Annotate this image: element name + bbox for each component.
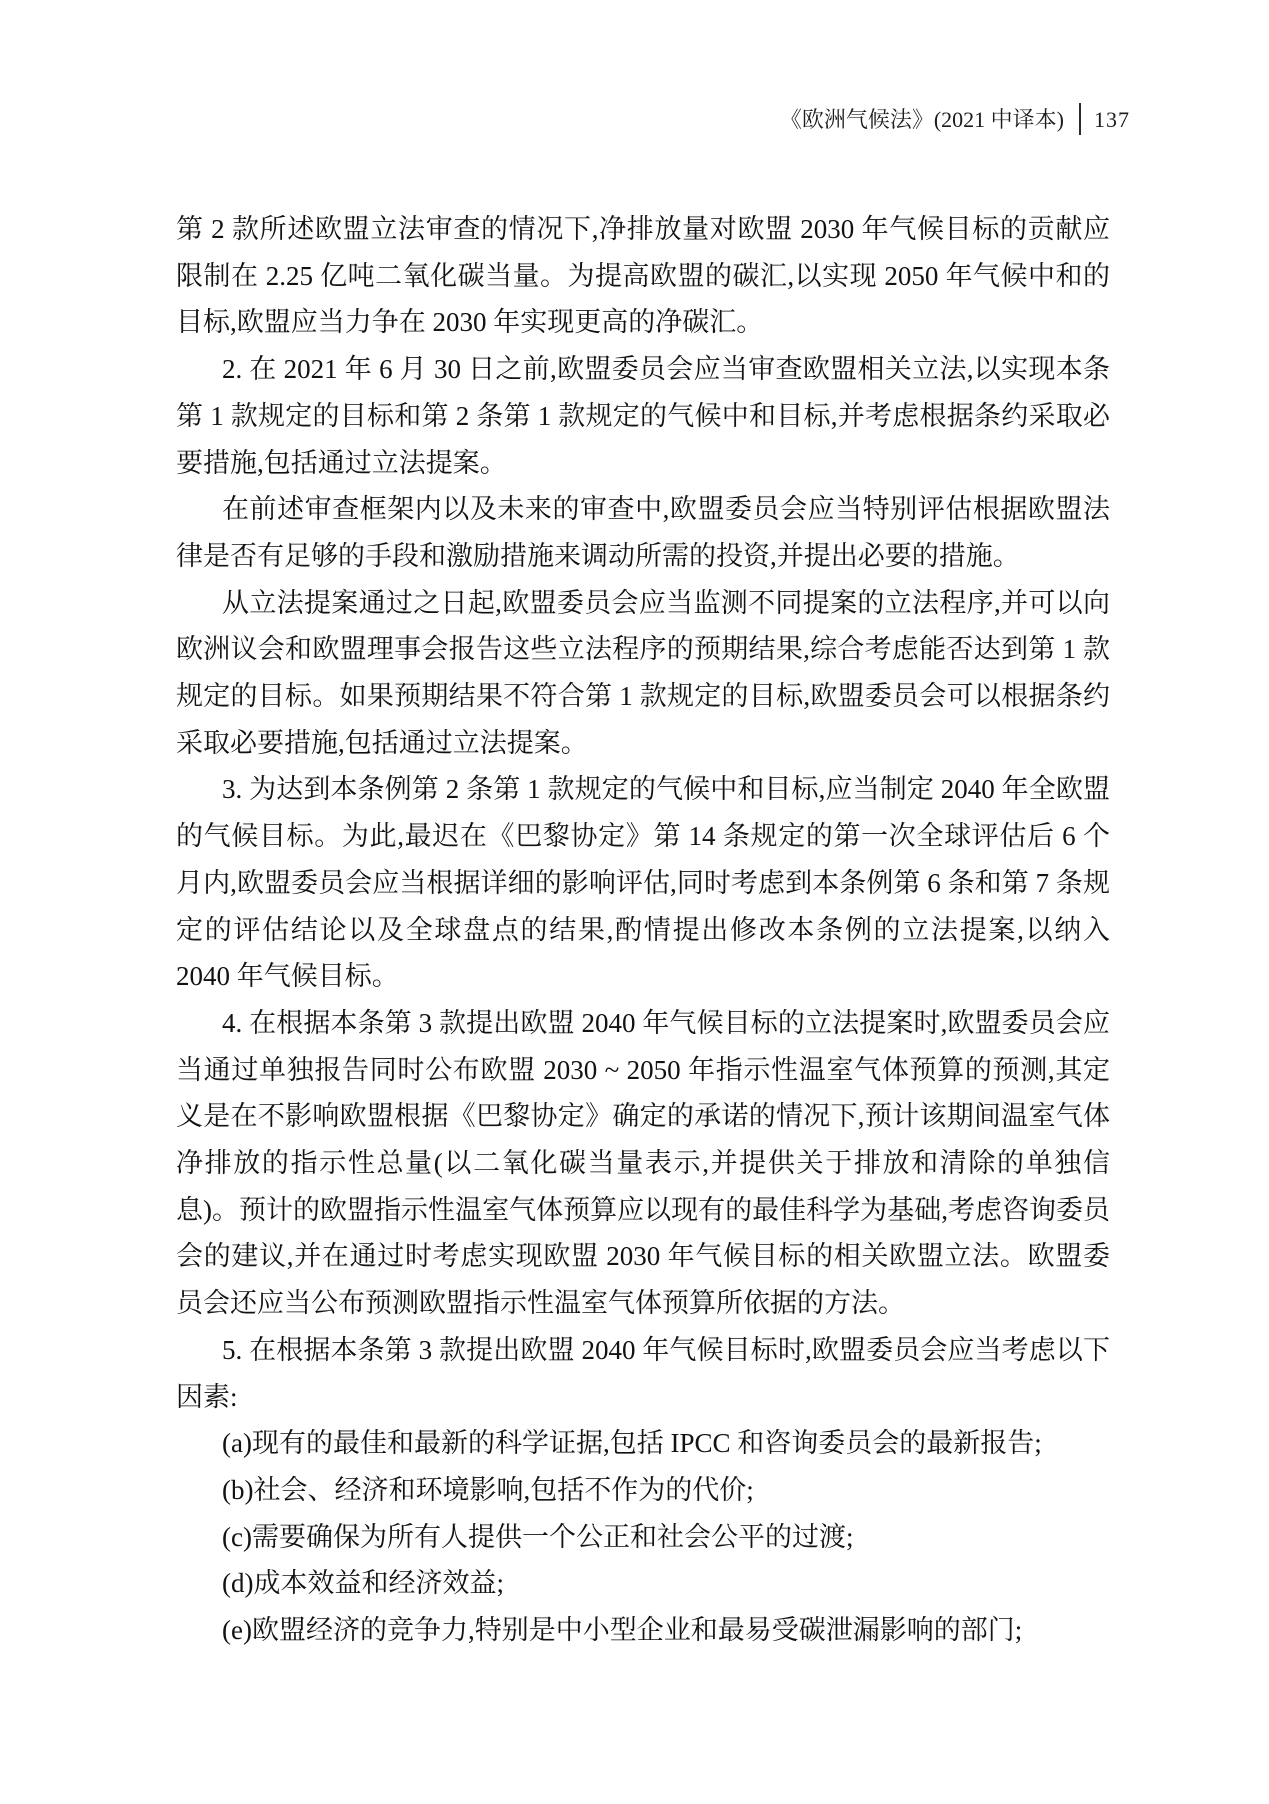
list-item-e: (e)欧盟经济的竞争力,特别是中小型企业和最易受碳泄漏影响的部门; (176, 1607, 1110, 1654)
header-divider (1079, 103, 1081, 135)
list-item-a: (a)现有的最佳和最新的科学证据,包括 IPCC 和咨询委员会的最新报告; (176, 1420, 1110, 1467)
running-header: 《欧洲气候法》(2021 中译本)137 (0, 102, 1130, 138)
book-page: 《欧洲气候法》(2021 中译本)137 第 2 款所述欧盟立法审查的情况下,净… (0, 0, 1269, 1804)
body-text: 第 2 款所述欧盟立法审查的情况下,净排放量对欧盟 2030 年气候目标的贡献应… (176, 206, 1110, 1654)
paragraph-clause-5: 5. 在根据本条第 3 款提出欧盟 2040 年气候目标时,欧盟委员会应当考虑以… (176, 1327, 1110, 1420)
paragraph-continuation: 第 2 款所述欧盟立法审查的情况下,净排放量对欧盟 2030 年气候目标的贡献应… (176, 206, 1110, 346)
paragraph-clause-2: 2. 在 2021 年 6 月 30 日之前,欧盟委员会应当审查欧盟相关立法,以… (176, 346, 1110, 486)
page-number: 137 (1094, 107, 1130, 132)
list-item-c: (c)需要确保为所有人提供一个公正和社会公平的过渡; (176, 1514, 1110, 1561)
paragraph-clause-2-sub-2: 从立法提案通过之日起,欧盟委员会应当监测不同提案的立法程序,并可以向欧洲议会和欧… (176, 580, 1110, 767)
running-header-title: 《欧洲气候法》(2021 中译本) (780, 107, 1064, 132)
list-item-b: (b)社会、经济和环境影响,包括不作为的代价; (176, 1467, 1110, 1514)
paragraph-clause-3: 3. 为达到本条例第 2 条第 1 款规定的气候中和目标,应当制定 2040 年… (176, 766, 1110, 1000)
paragraph-clause-2-sub-1: 在前述审查框架内以及未来的审查中,欧盟委员会应当特别评估根据欧盟法律是否有足够的… (176, 486, 1110, 579)
paragraph-clause-4: 4. 在根据本条第 3 款提出欧盟 2040 年气候目标的立法提案时,欧盟委员会… (176, 1000, 1110, 1327)
list-item-d: (d)成本效益和经济效益; (176, 1560, 1110, 1607)
